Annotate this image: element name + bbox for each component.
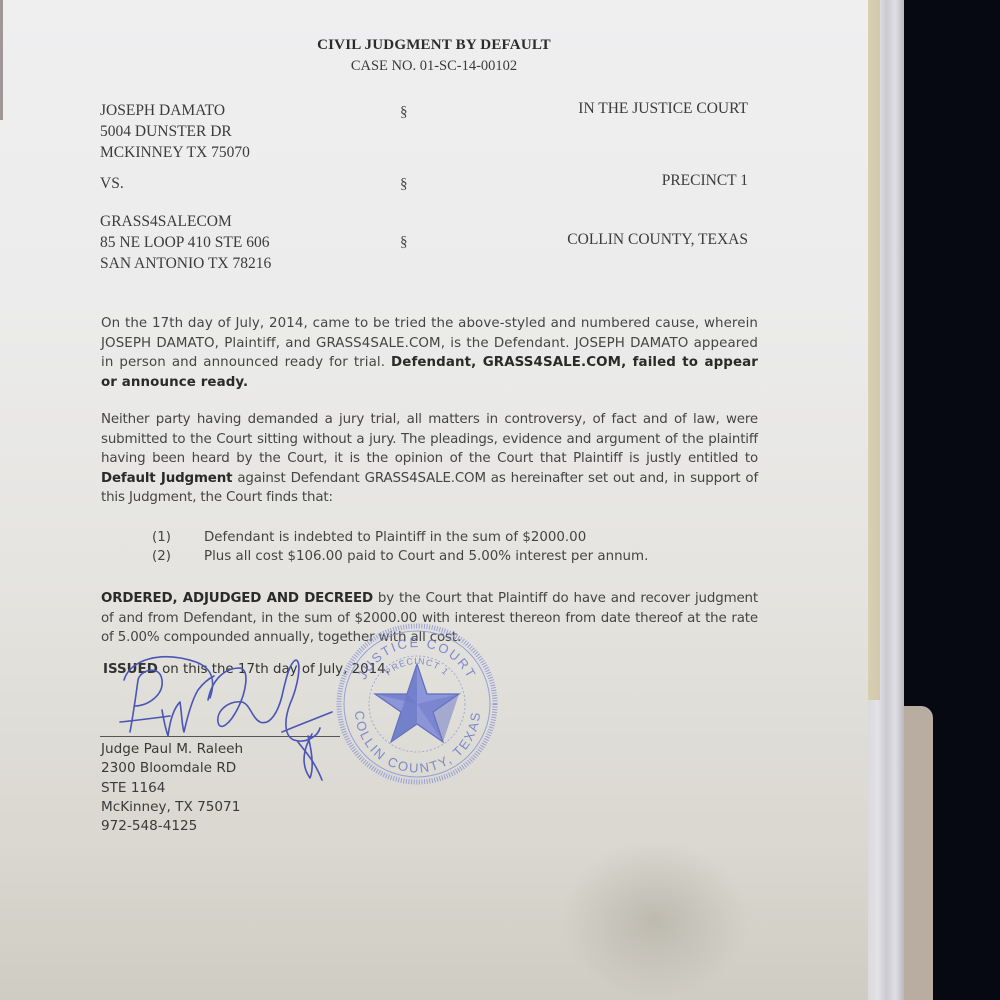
- defendant-block: GRASS4SALECOM 85 NE LOOP 410 STE 606 SAN…: [100, 211, 271, 274]
- precinct: PRECINCT 1: [662, 172, 748, 190]
- case-number: CASE NO. 01-SC-14-00102: [0, 58, 868, 75]
- star-icon: [375, 664, 459, 742]
- finding-item: (1)Defendant is indebted to Plaintiff in…: [152, 528, 648, 547]
- finding-item: (2)Plus all cost $106.00 paid to Court a…: [152, 547, 648, 566]
- section-symbol-3: §: [400, 234, 408, 251]
- judge-phone: 972-548-4125: [101, 817, 243, 836]
- judge-address-3: McKinney, TX 75071: [101, 798, 243, 817]
- finding-text: Plus all cost $106.00 paid to Court and …: [204, 549, 648, 564]
- document-title: CIVIL JUDGMENT BY DEFAULT: [0, 37, 868, 54]
- plaintiff-address-1: 5004 DUNSTER DR: [100, 121, 250, 142]
- judge-signature: [100, 640, 360, 790]
- manila-folder-edge: [866, 0, 880, 700]
- folder-tab: [903, 706, 933, 1000]
- versus-label: VS.: [100, 173, 124, 194]
- defendant-address-2: SAN ANTONIO TX 78216: [100, 253, 271, 274]
- findings-list: (1)Defendant is indebted to Plaintiff in…: [152, 528, 648, 566]
- court-name: IN THE JUSTICE COURT: [578, 100, 748, 118]
- finding-number: (2): [152, 547, 204, 566]
- defendant-address-1: 85 NE LOOP 410 STE 606: [100, 232, 271, 253]
- section-symbol-1: §: [400, 104, 408, 121]
- findings-paragraph: Neither party having demanded a jury tri…: [101, 410, 758, 508]
- judgment-document: CIVIL JUDGMENT BY DEFAULT CASE NO. 01-SC…: [0, 0, 868, 1000]
- defendant-name: GRASS4SALECOM: [100, 211, 271, 232]
- finding-text: Defendant is indebted to Plaintiff in th…: [204, 530, 586, 545]
- plaintiff-name: JOSEPH DAMATO: [100, 100, 250, 121]
- default-judgment-bold: Default Judgment: [101, 471, 232, 486]
- section-symbol-2: §: [400, 176, 408, 193]
- paper-shadow: [560, 840, 750, 1000]
- trial-paragraph: On the 17th day of July, 2014, came to b…: [101, 314, 758, 392]
- findings-text-before: Neither party having demanded a jury tri…: [101, 412, 758, 466]
- order-bold-text: ORDERED, ADJUDGED AND DECREED: [101, 591, 373, 606]
- plaintiff-address-2: MCKINNEY TX 75070: [100, 142, 250, 163]
- county: COLLIN COUNTY, TEXAS: [567, 231, 748, 249]
- plaintiff-block: JOSEPH DAMATO 5004 DUNSTER DR MCKINNEY T…: [100, 100, 250, 163]
- court-seal: JUSTICE COURT PRECINCT 1 COLLIN COUNTY, …: [335, 622, 500, 787]
- finding-number: (1): [152, 528, 204, 547]
